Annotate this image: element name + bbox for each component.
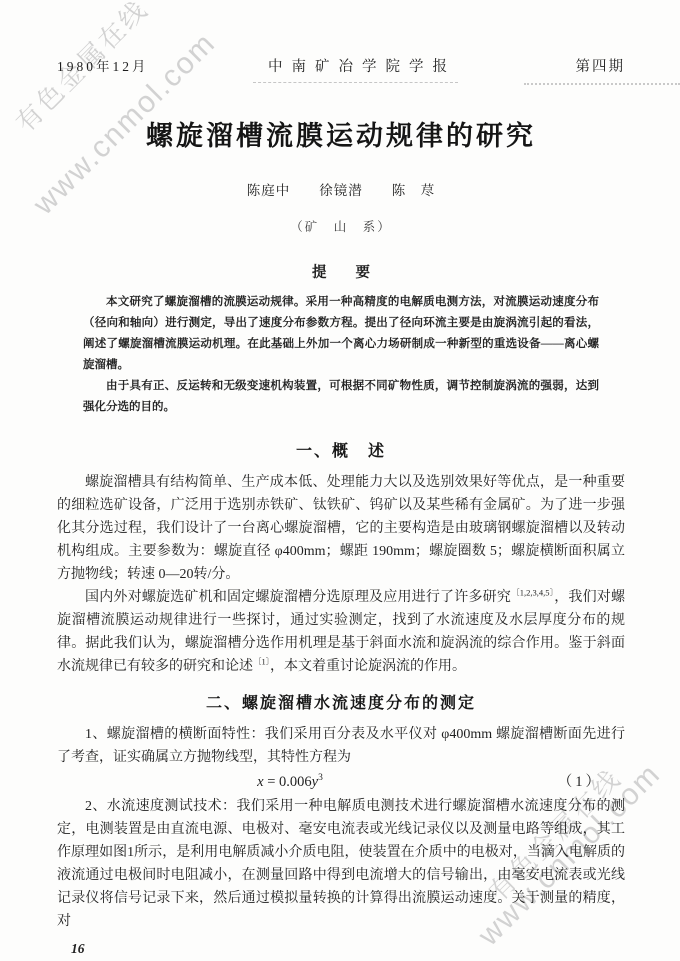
section-1-paragraph-1: 螺旋溜槽具有结构简单、生产成本低、处理能力大以及选别效果好等优点，是一种重要的细… [57,471,625,586]
article-title: 螺旋溜槽流膜运动规律的研究 [57,114,625,153]
journal-header: 1980年12月 中南矿冶学院学报 第四期 [57,55,625,76]
citation-superscript: 〔1〕 [253,656,270,666]
equation-1: x = 0.006y3 [57,770,523,794]
equation-coefficient: = 0.006 [264,774,312,790]
section-2-paragraph-1: 1、螺旋溜槽的横断面特性：我们采用百分表及水平仪对 φ400mm 螺旋溜槽断面先… [57,723,625,769]
section-1-heading: 一、概 述 [57,438,625,461]
equation-row: x = 0.006y3 （1） [57,770,625,794]
authors-line: 陈庭中 徐镜潜 陈 荩 [57,179,625,199]
citation-superscript: 〔1,2,3,4,5〕 [511,587,554,597]
header-issue: 第四期 [576,55,626,76]
section-2-heading: 二、螺旋溜槽水流速度分布的测定 [57,690,625,713]
scanned-journal-page: 有色金属在线 www.cnmol.com 有色金属在线 www.cnmol.co… [0,0,680,961]
abstract-paragraph-1: 本文研究了螺旋溜槽的流膜运动规律。采用一种高精度的电解质电测方法，对流膜运动速度… [83,292,599,376]
section-2-paragraph-2: 2、水流速度测试技术：我们采用一种电解质电测技术进行螺旋溜槽水流速度分布的测定，… [57,795,625,933]
header-date: 1980年12月 [57,55,149,75]
section-1-body: 螺旋溜槽具有结构简单、生产成本低、处理能力大以及选别效果好等优点，是一种重要的细… [57,471,625,678]
section-1-paragraph-2: 国内外对螺旋选矿机和固定螺旋溜槽分选原理及应用进行了许多研究〔1,2,3,4,5… [57,586,625,678]
paragraph-text: ，本文着重讨论旋涡流的作用。 [270,659,466,674]
affiliation: （矿 山 系） [57,217,625,235]
equation-number: （1） [523,770,625,794]
equation-exponent: 3 [318,773,323,783]
page-number: 16 [57,941,625,957]
abstract-heading: 提 要 [57,261,625,282]
abstract-body: 本文研究了螺旋溜槽的流膜运动规律。采用一种高精度的电解质电测方法，对流膜运动速度… [83,292,599,418]
header-journal-name: 中南矿冶学院学报 [268,55,456,76]
paragraph-text: 国内外对螺旋选矿机和固定螺旋溜槽分选原理及应用进行了许多研究 [85,590,511,605]
section-2-body: 1、螺旋溜槽的横断面特性：我们采用百分表及水平仪对 φ400mm 螺旋溜槽断面先… [57,723,625,933]
page-content: 1980年12月 中南矿冶学院学报 第四期 螺旋溜槽流膜运动规律的研究 陈庭中 … [0,0,680,957]
abstract-paragraph-2: 由于具有正、反运转和无级变速机构装置，可根据不同矿物性质，调节控制旋涡流的强弱，… [83,376,599,418]
